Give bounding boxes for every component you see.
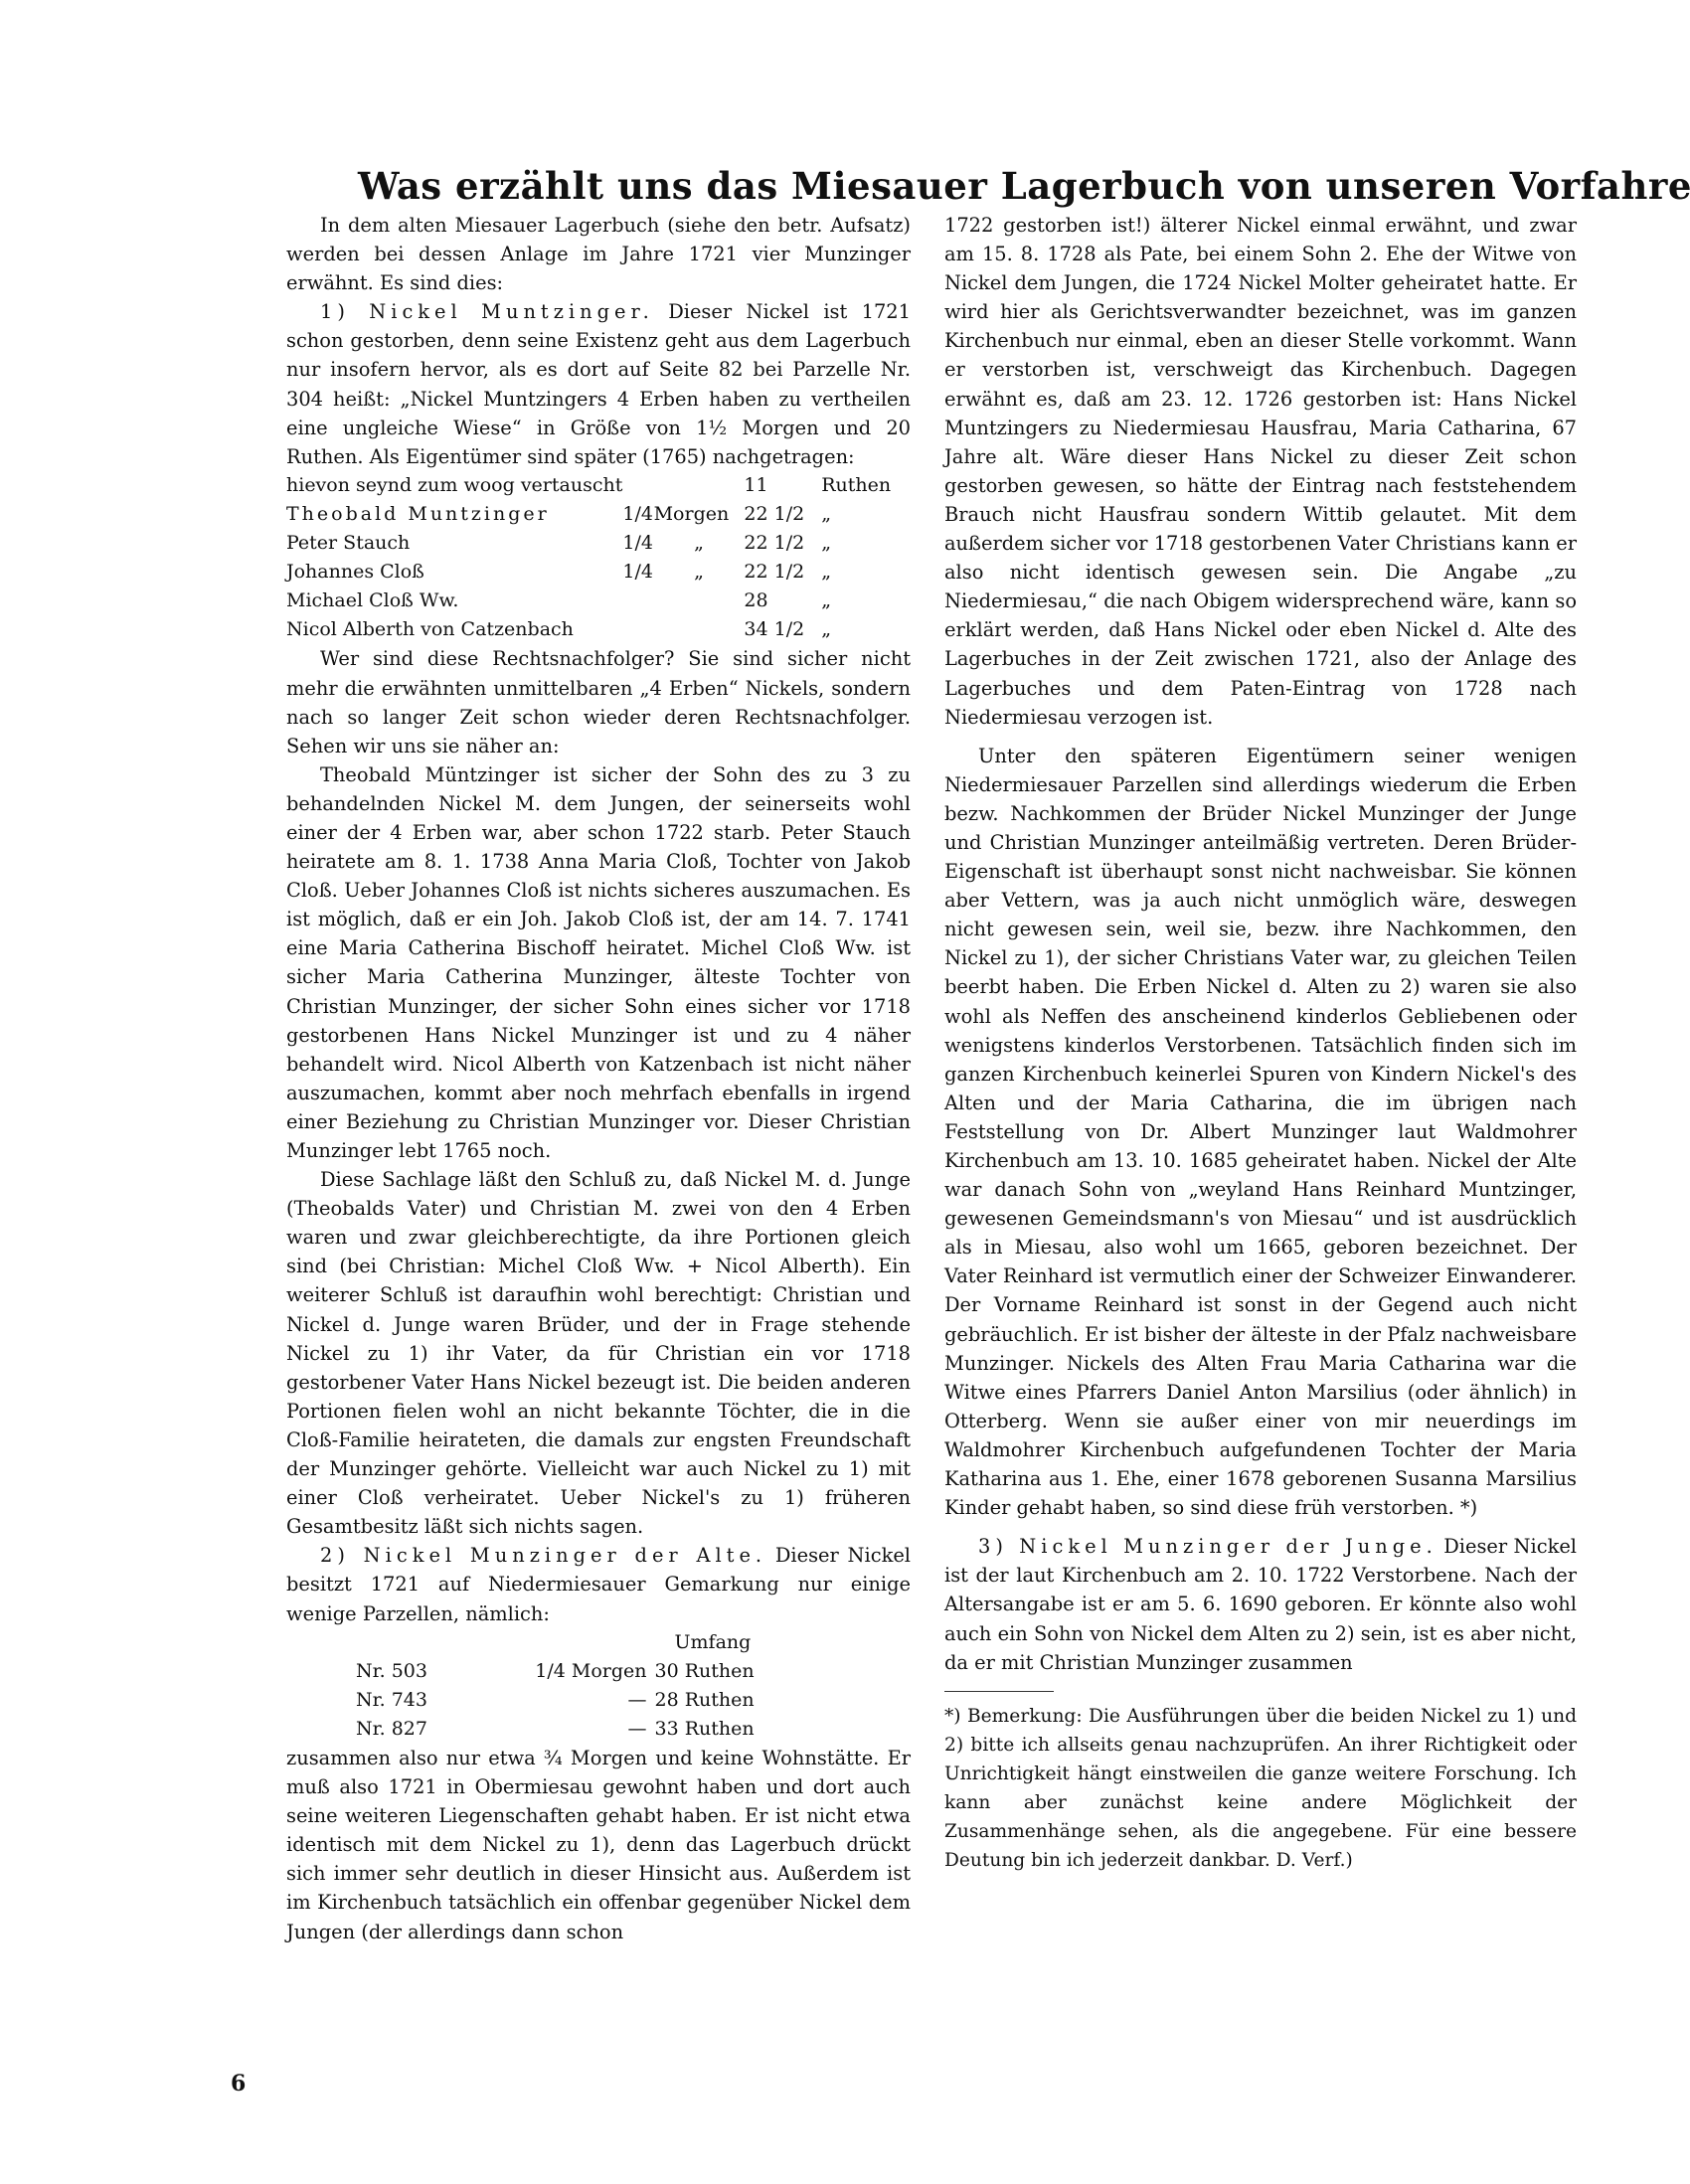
- parcels-header: Umfang: [655, 1628, 911, 1657]
- intro-paragraph: In dem alten Miesauer Lagerbuch (siehe d…: [286, 211, 911, 297]
- theobald-paragraph: Theobald Müntzinger ist sicher der Sohn …: [286, 760, 911, 1165]
- owner-name: Theobald Muntzinger: [286, 500, 622, 529]
- rechtsnachfolger-paragraph: Wer sind diese Rechtsnachfolger? Sie sin…: [286, 644, 911, 759]
- parcel-morgen: 1/4 Morgen: [499, 1657, 655, 1686]
- owner-name: Nicol Alberth von Catzenbach: [286, 615, 622, 644]
- table-row: Michael Cloß Ww. 28 „: [286, 587, 911, 615]
- continuation-paragraph: 1722 gestorben ist!) älterer Nickel einm…: [944, 211, 1577, 732]
- owner-ruthen: 22 1/2: [744, 529, 821, 558]
- owner-fraction: 1/4: [622, 500, 653, 529]
- owner-label: „: [821, 529, 911, 558]
- table-row: hievon seynd zum woog vertauscht 11 Ruth…: [286, 471, 911, 500]
- parcel-morgen: —: [499, 1715, 655, 1744]
- section-1-heading: 1) Nickel Muntzinger.: [320, 300, 654, 323]
- owner-fraction: 1/4: [622, 558, 653, 587]
- owner-unit: Morgen: [654, 500, 745, 529]
- owner-fraction: [622, 587, 653, 615]
- parcels-table: Umfang Nr. 503 1/4 Morgen 30 Ruthen Nr. …: [286, 1628, 911, 1744]
- table-row: Theobald Muntzinger 1/4 Morgen 22 1/2 „: [286, 500, 911, 529]
- owner-label: „: [821, 587, 911, 615]
- owner-unit: [654, 587, 745, 615]
- zusammen-paragraph: zusammen also nur etwa ¾ Morgen und kein…: [286, 1744, 911, 1946]
- footnote-divider: [944, 1691, 1054, 1692]
- owner-name: Johannes Cloß: [286, 558, 622, 587]
- owner-label: „: [821, 615, 911, 644]
- table-row: Nicol Alberth von Catzenbach 34 1/2 „: [286, 615, 911, 644]
- owner-fraction: [622, 471, 653, 500]
- owner-fraction: 1/4: [622, 529, 653, 558]
- parcel-nr: Nr. 503: [286, 1657, 499, 1686]
- owner-unit: „: [654, 529, 745, 558]
- section-3-paragraph: 3) Nickel Munzinger der Junge. Dieser Ni…: [944, 1532, 1577, 1676]
- owner-label: „: [821, 500, 911, 529]
- footnote: *) Bemerkung: Die Ausführungen über die …: [944, 1702, 1577, 1875]
- parcel-morgen: —: [499, 1686, 655, 1715]
- table-row: Nr. 827 — 33 Ruthen: [286, 1715, 911, 1744]
- parcels-header-row: Umfang: [286, 1628, 911, 1657]
- table-row: Peter Stauch 1/4 „ 22 1/2 „: [286, 529, 911, 558]
- owner-name: Peter Stauch: [286, 529, 622, 558]
- owner-ruthen: 11: [744, 471, 821, 500]
- owner-name: hievon seynd zum woog vertauscht: [286, 471, 622, 500]
- owner-label: Ruthen: [821, 471, 911, 500]
- right-column: 1722 gestorben ist!) älterer Nickel einm…: [944, 211, 1577, 1875]
- owner-unit: [654, 615, 745, 644]
- owners-table: hievon seynd zum woog vertauscht 11 Ruth…: [286, 471, 911, 645]
- page-title: Was erzählt uns das Miesauer Lagerbuch v…: [358, 164, 1571, 208]
- unter-paragraph: Unter den späteren Eigentümern seiner we…: [944, 742, 1577, 1523]
- owner-fraction: [622, 615, 653, 644]
- owner-ruthen: 28: [744, 587, 821, 615]
- parcel-ruthen: 28 Ruthen: [655, 1686, 911, 1715]
- owner-ruthen: 22 1/2: [744, 558, 821, 587]
- owner-unit: „: [654, 558, 745, 587]
- table-row: Nr. 743 — 28 Ruthen: [286, 1686, 911, 1715]
- table-row: Nr. 503 1/4 Morgen 30 Ruthen: [286, 1657, 911, 1686]
- parcel-ruthen: 30 Ruthen: [655, 1657, 911, 1686]
- section-1-paragraph: 1) Nickel Muntzinger. Dieser Nickel ist …: [286, 297, 911, 471]
- section-3-heading: 3) Nickel Munzinger der Junge.: [978, 1535, 1437, 1558]
- parcel-nr: Nr. 827: [286, 1715, 499, 1744]
- owner-ruthen: 34 1/2: [744, 615, 821, 644]
- table-row: Johannes Cloß 1/4 „ 22 1/2 „: [286, 558, 911, 587]
- page-number: 6: [231, 2071, 246, 2097]
- parcel-nr: Nr. 743: [286, 1686, 499, 1715]
- section-2-paragraph: 2) Nickel Munzinger der Alte. Dieser Nic…: [286, 1541, 911, 1627]
- left-column: In dem alten Miesauer Lagerbuch (siehe d…: [286, 211, 911, 1946]
- owner-unit: [654, 471, 745, 500]
- owner-name: Michael Cloß Ww.: [286, 587, 622, 615]
- section-2-heading: 2) Nickel Munzinger der Alte.: [320, 1544, 766, 1567]
- owner-label: „: [821, 558, 911, 587]
- owner-ruthen: 22 1/2: [744, 500, 821, 529]
- parcel-ruthen: 33 Ruthen: [655, 1715, 911, 1744]
- sachlage-paragraph: Diese Sachlage läßt den Schluß zu, daß N…: [286, 1165, 911, 1541]
- section-1-text: Dieser Nickel ist 1721 schon gestorben, …: [286, 300, 911, 467]
